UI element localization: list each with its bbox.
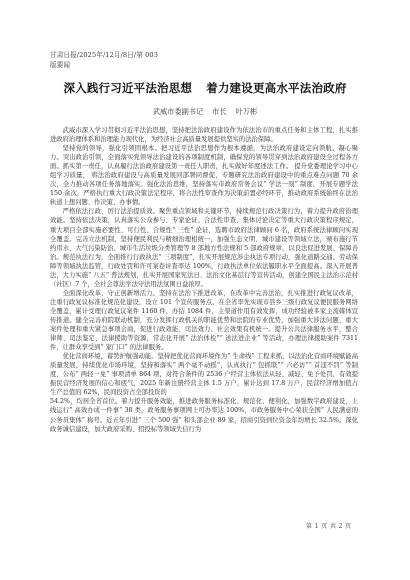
page-indicator: 第 1 页 共 2 页 (306, 521, 352, 530)
byline-org: 武威市委副书记 (153, 107, 203, 116)
section-label: 版要闻 (50, 61, 158, 71)
byline-name: 叶万彬 (236, 107, 258, 116)
title-part-1: 深入践行习近平法治思想 (63, 81, 192, 95)
paragraph-business-environment: 优化营商环境，蓄势护航强动能。坚持把优化营商环境作为“ 生命线” 工程来抓，以法… (50, 352, 358, 397)
paragraph-continuation: 54.2%，均居全省首位。着力提升服务效能，推进政务服务标准化、规范化、便利化，… (50, 397, 358, 433)
article-body: 武威市深入学习贯彻习近平法治思想，坚持把法治政府建设作为依法治市的重点任务和主体… (50, 126, 358, 434)
article-byline: 武威市委副书记市长叶万彬 (0, 107, 410, 117)
paragraph-party-leadership: 坚持党的领导，强化引领固根本。把习近平法治思想作为根本遵循，为法治政府建设定向领… (50, 144, 358, 207)
paragraph-intro: 武威市深入学习贯彻习近平法治思想，坚持把法治政府建设作为依法治市的重点任务和主体… (50, 126, 358, 144)
byline-role: 市长 (212, 107, 226, 116)
title-part-2: 着力建设更高水平法治政府 (206, 81, 346, 95)
paragraph-lawful-administration: 严格依法行政，厉行法治提质效。聚焦重点领域和关键环节，持续规范行政决策行为，着力… (50, 207, 358, 288)
document-meta: 甘肃日报/2025年/12月/8日/第 003 版要闻 (50, 51, 158, 70)
paragraph-reform: 全面深化改革，守正创新增活力。坚持在法治下推进改革，在改革中完善法治，扎实推进行… (50, 289, 358, 352)
source-line: 甘肃日报/2025年/12月/8日/第 003 (50, 51, 158, 61)
article-title: 深入践行习近平法治思想着力建设更高水平法治政府 (0, 80, 410, 96)
